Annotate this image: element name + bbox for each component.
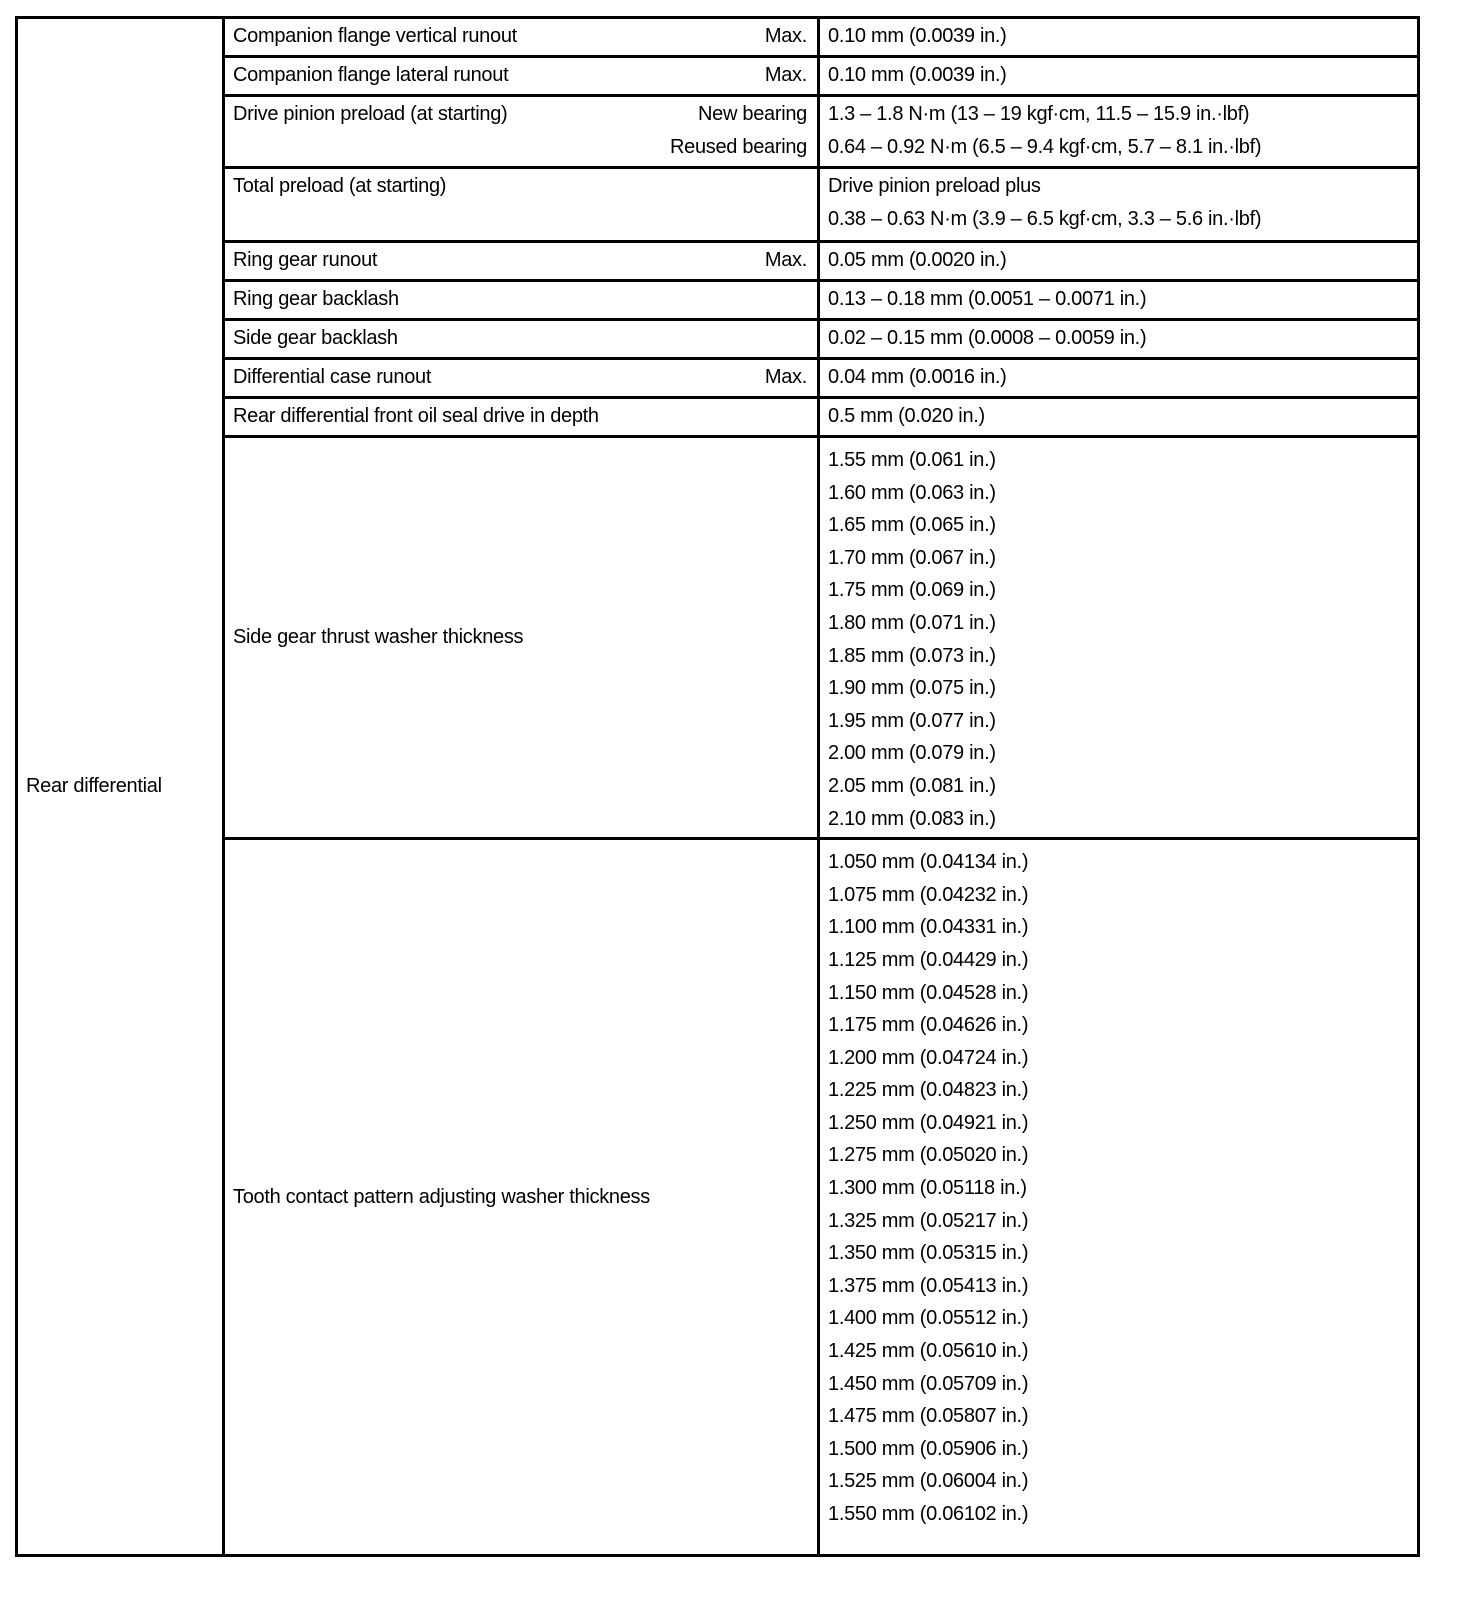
- spec-value: 0.13 – 0.18 mm (0.0051 – 0.0071 in.): [819, 281, 1419, 320]
- spec-value-line: 0.64 – 0.92 N·m (6.5 – 9.4 kgf·cm, 5.7 –…: [828, 131, 1409, 164]
- spec-value: Drive pinion preload plus0.38 – 0.63 N·m…: [819, 168, 1419, 242]
- spec-value-line: 0.10 mm (0.0039 in.): [828, 58, 1409, 92]
- spec-value-line: 1.550 mm (0.06102 in.): [828, 1498, 1409, 1531]
- spec-item-label: Differential case runout: [233, 361, 431, 394]
- spec-value-line: 1.125 mm (0.04429 in.): [828, 944, 1409, 977]
- spec-item: Differential case runoutMax.: [224, 359, 819, 398]
- spec-value-line: 1.55 mm (0.061 in.): [828, 444, 1409, 477]
- spec-item-label: Tooth contact pattern adjusting washer t…: [233, 1181, 650, 1214]
- table-row: Rear differential front oil seal drive i…: [17, 398, 1419, 437]
- spec-value-line: 1.225 mm (0.04823 in.): [828, 1074, 1409, 1107]
- spec-value-line: 0.05 mm (0.0020 in.): [828, 243, 1409, 277]
- spec-value-line: 2.05 mm (0.081 in.): [828, 770, 1409, 803]
- table-row: Ring gear runoutMax.0.05 mm (0.0020 in.): [17, 242, 1419, 281]
- spec-item: Side gear backlash: [224, 320, 819, 359]
- spec-qualifier: New bearing: [698, 98, 807, 131]
- spec-value: 0.02 – 0.15 mm (0.0008 – 0.0059 in.): [819, 320, 1419, 359]
- spec-value-line: 1.75 mm (0.069 in.): [828, 574, 1409, 607]
- spec-value-line: 0.02 – 0.15 mm (0.0008 – 0.0059 in.): [828, 321, 1409, 355]
- table-row: Ring gear backlash0.13 – 0.18 mm (0.0051…: [17, 281, 1419, 320]
- spec-value-line: 1.350 mm (0.05315 in.): [828, 1237, 1409, 1270]
- spec-item: Companion flange lateral runoutMax.: [224, 57, 819, 96]
- spec-value-line: 1.375 mm (0.05413 in.): [828, 1270, 1409, 1303]
- table-row: Companion flange lateral runoutMax.0.10 …: [17, 57, 1419, 96]
- spec-value-line: 1.200 mm (0.04724 in.): [828, 1042, 1409, 1075]
- table-row: Side gear backlash0.02 – 0.15 mm (0.0008…: [17, 320, 1419, 359]
- spec-value: 0.10 mm (0.0039 in.): [819, 18, 1419, 57]
- spec-item: Total preload (at starting): [224, 168, 819, 242]
- spec-value-line: 1.60 mm (0.063 in.): [828, 477, 1409, 510]
- spec-value-line: 1.175 mm (0.04626 in.): [828, 1009, 1409, 1042]
- spec-qualifier: Reused bearing: [670, 131, 807, 164]
- table-row: Side gear thrust washer thickness1.55 mm…: [17, 437, 1419, 839]
- spec-item-label: Ring gear backlash: [233, 283, 399, 316]
- spec-value-line: 1.150 mm (0.04528 in.): [828, 977, 1409, 1010]
- spec-item: Ring gear backlash: [224, 281, 819, 320]
- spec-qualifier: Max.: [765, 361, 807, 394]
- spec-item: Tooth contact pattern adjusting washer t…: [224, 839, 819, 1556]
- spec-value-line: 0.10 mm (0.0039 in.): [828, 19, 1409, 53]
- spec-item-label: Side gear backlash: [233, 322, 398, 355]
- spec-value-line: 1.325 mm (0.05217 in.): [828, 1205, 1409, 1238]
- spec-item-label: Companion flange lateral runout: [233, 59, 508, 92]
- spec-value-line: 1.075 mm (0.04232 in.): [828, 879, 1409, 912]
- spec-item-label: Companion flange vertical runout: [233, 20, 517, 53]
- spec-value: 0.10 mm (0.0039 in.): [819, 57, 1419, 96]
- spec-value-line: 1.70 mm (0.067 in.): [828, 542, 1409, 575]
- spec-value: 0.5 mm (0.020 in.): [819, 398, 1419, 437]
- spec-qualifier: Max.: [765, 20, 807, 53]
- spec-value-line: 1.525 mm (0.06004 in.): [828, 1465, 1409, 1498]
- spec-item: Companion flange vertical runoutMax.: [224, 18, 819, 57]
- spec-value-line: 1.80 mm (0.071 in.): [828, 607, 1409, 640]
- spec-value: 1.55 mm (0.061 in.)1.60 mm (0.063 in.)1.…: [819, 437, 1419, 839]
- spec-value-line: 1.475 mm (0.05807 in.): [828, 1400, 1409, 1433]
- spec-value-line: 0.13 – 0.18 mm (0.0051 – 0.0071 in.): [828, 282, 1409, 316]
- table-row: Rear differentialCompanion flange vertic…: [17, 18, 1419, 57]
- spec-item-label: Ring gear runout: [233, 244, 377, 277]
- spec-value-line: 1.250 mm (0.04921 in.): [828, 1107, 1409, 1140]
- spec-value-line: 1.300 mm (0.05118 in.): [828, 1172, 1409, 1205]
- spec-value-line: 1.050 mm (0.04134 in.): [828, 846, 1409, 879]
- spec-value-line: 1.95 mm (0.077 in.): [828, 705, 1409, 738]
- spec-value: 1.050 mm (0.04134 in.)1.075 mm (0.04232 …: [819, 839, 1419, 1556]
- spec-item: Ring gear runoutMax.: [224, 242, 819, 281]
- spec-item: Drive pinion preload (at starting)New be…: [224, 96, 819, 168]
- spec-item: Side gear thrust washer thickness: [224, 437, 819, 839]
- spec-value-line: 1.275 mm (0.05020 in.): [828, 1139, 1409, 1172]
- spec-qualifier: Max.: [765, 59, 807, 92]
- spec-value: 0.05 mm (0.0020 in.): [819, 242, 1419, 281]
- spec-value-line: 0.38 – 0.63 N·m (3.9 – 6.5 kgf·cm, 3.3 –…: [828, 203, 1409, 236]
- spec-value-line: 0.04 mm (0.0016 in.): [828, 360, 1409, 394]
- spec-table: Rear differentialCompanion flange vertic…: [15, 16, 1420, 1557]
- table-row: Total preload (at starting)Drive pinion …: [17, 168, 1419, 242]
- spec-item-label: Total preload (at starting): [233, 170, 446, 203]
- spec-value-line: 1.450 mm (0.05709 in.): [828, 1368, 1409, 1401]
- table-row: Drive pinion preload (at starting)New be…: [17, 96, 1419, 168]
- spec-value-line: 1.65 mm (0.065 in.): [828, 509, 1409, 542]
- spec-item-label: Rear differential front oil seal drive i…: [233, 400, 599, 433]
- spec-value-line: 2.00 mm (0.079 in.): [828, 737, 1409, 770]
- spec-item: Rear differential front oil seal drive i…: [224, 398, 819, 437]
- spec-value-line: 1.425 mm (0.05610 in.): [828, 1335, 1409, 1368]
- spec-qualifier: Max.: [765, 244, 807, 277]
- spec-value-line: 0.5 mm (0.020 in.): [828, 399, 1409, 433]
- spec-value-line: Drive pinion preload plus: [828, 169, 1409, 203]
- spec-value-line: 1.100 mm (0.04331 in.): [828, 911, 1409, 944]
- spec-value-line: 1.400 mm (0.05512 in.): [828, 1302, 1409, 1335]
- section-label: Rear differential: [17, 18, 224, 1556]
- spec-value-line: 2.10 mm (0.083 in.): [828, 803, 1409, 836]
- spec-value-line: 1.90 mm (0.075 in.): [828, 672, 1409, 705]
- spec-value-line: 1.3 – 1.8 N·m (13 – 19 kgf·cm, 11.5 – 15…: [828, 97, 1409, 131]
- spec-value-line: 1.500 mm (0.05906 in.): [828, 1433, 1409, 1466]
- spec-value: 1.3 – 1.8 N·m (13 – 19 kgf·cm, 11.5 – 15…: [819, 96, 1419, 168]
- spec-value: 0.04 mm (0.0016 in.): [819, 359, 1419, 398]
- spec-value-line: 1.85 mm (0.073 in.): [828, 640, 1409, 673]
- spec-item-label: Side gear thrust washer thickness: [233, 621, 523, 654]
- spec-item-label: Drive pinion preload (at starting): [233, 98, 507, 131]
- table-row: Tooth contact pattern adjusting washer t…: [17, 839, 1419, 1556]
- table-row: Differential case runoutMax.0.04 mm (0.0…: [17, 359, 1419, 398]
